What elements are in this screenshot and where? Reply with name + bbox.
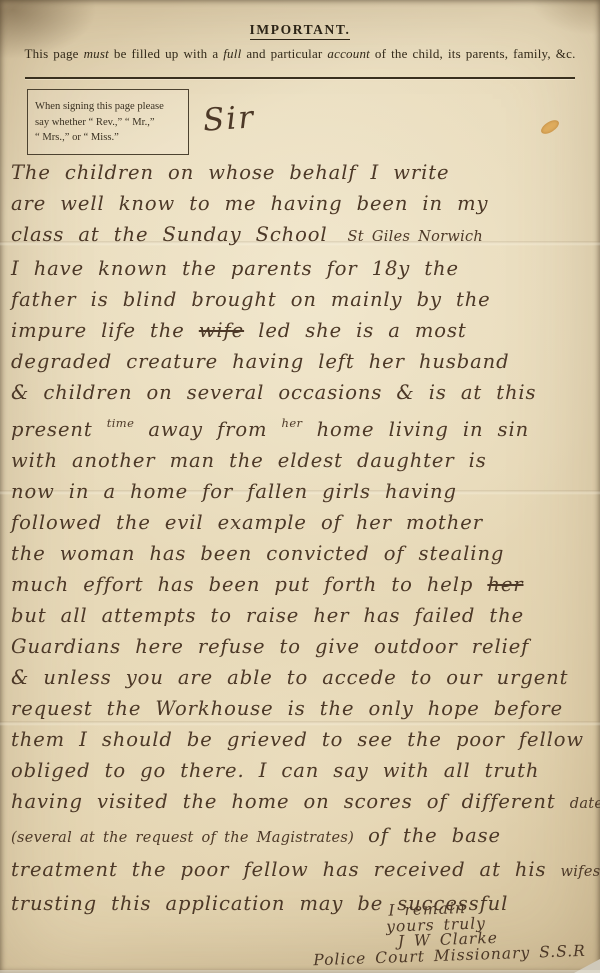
- text-segment: I have known the parents for 18y the: [11, 257, 459, 280]
- letter-line: & unless you are able to accede to our u…: [11, 662, 592, 693]
- letter-line: much effort has been put forth to help h…: [11, 569, 592, 600]
- letter-line: impure life the wife led she is a most: [11, 315, 592, 346]
- letter-line: but all attempts to raise her has failed…: [11, 600, 592, 631]
- text-segment: be filled up with a: [109, 46, 223, 61]
- text-segment: wifes hands: [561, 864, 600, 880]
- letter-line: the woman has been convicted of stealing: [11, 538, 592, 569]
- letter-line: request the Workhouse is the only hope b…: [11, 693, 592, 724]
- text-segment: are well know to me having been in my: [11, 192, 488, 215]
- text-segment: time: [107, 416, 135, 430]
- wax-stain: [539, 117, 561, 136]
- text-segment: present: [11, 418, 107, 441]
- divider-rule: [25, 77, 575, 79]
- text-segment: & unless you are able to accede to our u…: [11, 666, 568, 689]
- text-segment: St Giles Norwich: [348, 229, 484, 245]
- text-segment: class at the Sunday School: [11, 223, 328, 246]
- important-heading: IMPORTANT.: [250, 22, 351, 40]
- text-segment: dates: [570, 796, 600, 812]
- note-line: When signing this page please: [35, 99, 181, 115]
- text-segment: followed the evil example of her mother: [11, 511, 483, 534]
- header: IMPORTANT.: [0, 21, 600, 40]
- text-segment: Guardians here refuse to give outdoor re…: [11, 635, 529, 658]
- text-segment: father is blind brought on mainly by the: [11, 288, 491, 311]
- text-segment: led she is a most: [244, 319, 467, 342]
- text-segment: the woman has been convicted of stealing: [11, 542, 504, 565]
- letter-line: present time away from her home living i…: [11, 408, 592, 445]
- letter-line: father is blind brought on mainly by the: [11, 284, 592, 315]
- letter-line: & children on several occasions & is at …: [11, 377, 592, 408]
- text-segment: and particular: [241, 46, 327, 61]
- text-segment: This page: [24, 46, 83, 61]
- letter-body: The children on whose behalf I writeare …: [11, 157, 592, 919]
- letter-line: are well know to me having been in my: [11, 188, 592, 219]
- note-line: “ Mrs.,” or “ Miss.”: [35, 130, 181, 146]
- text-segment: wife: [199, 319, 244, 342]
- letter-line: class at the Sunday SchoolSt Giles Norwi…: [11, 219, 592, 253]
- letter-line: The children on whose behalf I write: [11, 157, 592, 188]
- text-segment: degraded creature having left her husban…: [11, 350, 510, 373]
- text-segment: full: [223, 46, 241, 61]
- letter-line: degraded creature having left her husban…: [11, 346, 592, 377]
- letter-line: followed the evil example of her mother: [11, 507, 592, 538]
- signing-note-box: When signing this page pleasesay whether…: [27, 89, 189, 155]
- letter-line: Guardians here refuse to give outdoor re…: [11, 631, 592, 662]
- text-segment: with another man the eldest daughter is: [11, 449, 487, 472]
- letter-line: now in a home for fallen girls having: [11, 476, 592, 507]
- letter-line: obliged to go there. I can say with all …: [11, 755, 592, 786]
- note-line: say whether “ Rev.,” “ Mr.,”: [35, 115, 181, 131]
- text-segment: now in a home for fallen girls having: [11, 480, 457, 503]
- letter-line: I have known the parents for 18y the: [11, 253, 592, 284]
- text-segment: (several at the request of the Magistrat…: [11, 830, 354, 846]
- letter-line: having visited the home on scores of dif…: [11, 786, 592, 820]
- text-segment: obliged to go there. I can say with all …: [11, 759, 539, 782]
- text-segment: much effort has been put forth to help: [11, 573, 487, 596]
- text-segment: & children on several occasions & is at …: [11, 381, 536, 404]
- text-segment: account: [327, 46, 370, 61]
- instruction-line: This page must be filled up with a full …: [0, 46, 600, 62]
- salutation: Sir: [202, 99, 256, 139]
- text-segment: them I should be grieved to see the poor…: [11, 728, 584, 751]
- text-segment: impure life the: [11, 319, 199, 342]
- text-segment: her: [487, 573, 523, 596]
- letter-page: IMPORTANT. This page must be filled up w…: [0, 0, 600, 973]
- text-segment: her: [282, 416, 303, 430]
- text-segment: must: [84, 46, 109, 61]
- text-segment: away from: [134, 418, 281, 441]
- text-segment: treatment the poor fellow has received a…: [11, 858, 561, 881]
- text-segment: having visited the home on scores of dif…: [11, 790, 570, 813]
- signature-block: I remainyours trulyJ W ClarkePolice Cour…: [0, 907, 586, 969]
- text-segment: home living in sin: [302, 418, 529, 441]
- letter-line: (several at the request of the Magistrat…: [11, 820, 592, 854]
- text-segment: request the Workhouse is the only hope b…: [11, 697, 563, 720]
- text-segment: of the base: [354, 824, 501, 847]
- text-segment: of the child, its parents, family, &c.: [370, 46, 576, 61]
- text-segment: The children on whose behalf I write: [11, 161, 449, 184]
- letter-line: them I should be grieved to see the poor…: [11, 724, 592, 755]
- letter-line: with another man the eldest daughter is: [11, 445, 592, 476]
- letter-line: treatment the poor fellow has received a…: [11, 854, 592, 888]
- text-segment: but all attempts to raise her has failed…: [11, 604, 524, 627]
